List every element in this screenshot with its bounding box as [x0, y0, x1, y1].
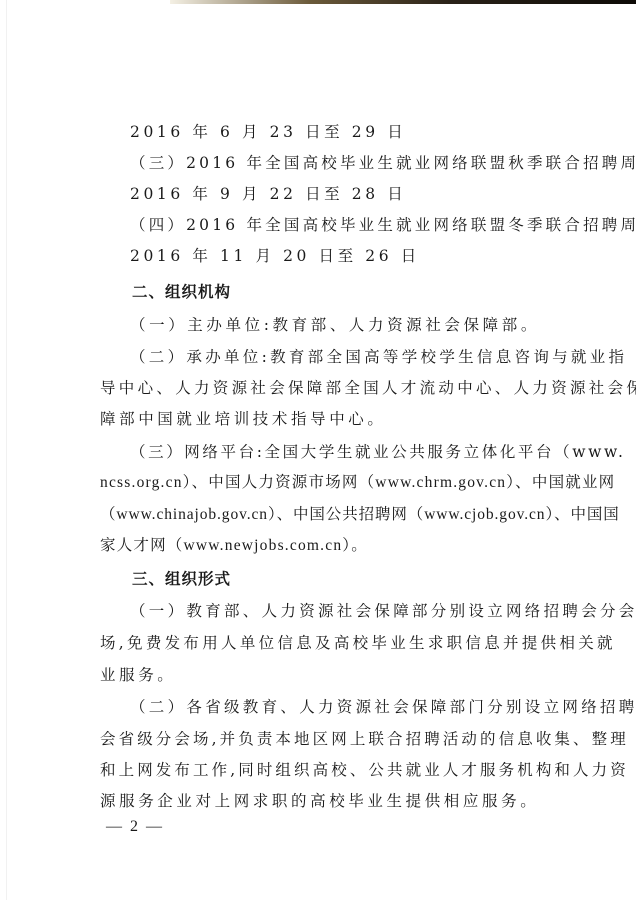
schedule-date-3: 2016 年 9 月 22 日至 28 日 [130, 184, 406, 204]
paragraph-undertaker-line-3: 障部中国就业培训技术指导中心。 [100, 409, 387, 429]
document-page: 2016 年 6 月 23 日至 29 日 （三）2016 年全国高校毕业生就业… [0, 0, 636, 900]
schedule-date-2: 2016 年 6 月 23 日至 29 日 [130, 122, 406, 142]
paragraph-platform-line-1: （三）网络平台:全国大学生就业公共服务立体化平台（www. [130, 442, 626, 462]
paragraph-format-2-line-2: 会省级分会场,并负责本地区网上联合招聘活动的信息收集、整理 [100, 729, 629, 749]
paragraph-undertaker-line-1: （二）承办单位:教育部全国高等学校学生信息咨询与就业指 [130, 347, 627, 367]
paragraph-format-2-line-4: 源服务企业对上网求职的高校毕业生提供相应服务。 [100, 791, 539, 811]
paragraph-organizer: （一）主办单位:教育部、人力资源社会保障部。 [130, 315, 540, 335]
paragraph-undertaker-line-2: 导中心、人力资源社会保障部全国人才流动中心、人力资源社会保 [100, 378, 636, 398]
paragraph-format-2-line-1: （二）各省级教育、人力资源社会保障部门分别设立网络招聘 [130, 697, 636, 717]
section-heading-format: 三、组织形式 [132, 569, 231, 589]
paragraph-platform-line-3: （www.chinajob.gov.cn）、中国公共招聘网（www.cjob.g… [100, 505, 620, 525]
paragraph-format-1-line-1: （一）教育部、人力资源社会保障部分别设立网络招聘会分会 [130, 601, 636, 621]
paragraph-platform-line-2: ncss.org.cn）、中国人力资源市场网（www.chrm.gov.cn）、… [100, 473, 615, 493]
paragraph-format-1-line-2: 场,免费发布用人单位信息及高校毕业生求职信息并提供相关就 [100, 633, 616, 653]
paragraph-format-2-line-3: 和上网发布工作,同时组织高校、公共就业人才服务机构和人力资 [100, 760, 629, 780]
paragraph-format-1-line-3: 业服务。 [100, 665, 176, 685]
page-number: — 2 — [106, 818, 164, 836]
schedule-item-4: （四）2016 年全国高校毕业生就业网络联盟冬季联合招聘周 [130, 215, 636, 235]
schedule-item-3: （三）2016 年全国高校毕业生就业网络联盟秋季联合招聘周 [130, 153, 636, 173]
schedule-date-4: 2016 年 11 月 20 日至 26 日 [130, 246, 420, 266]
section-heading-organization: 二、组织机构 [132, 282, 231, 302]
paragraph-platform-line-4: 家人才网（www.newjobs.com.cn）。 [100, 536, 368, 556]
